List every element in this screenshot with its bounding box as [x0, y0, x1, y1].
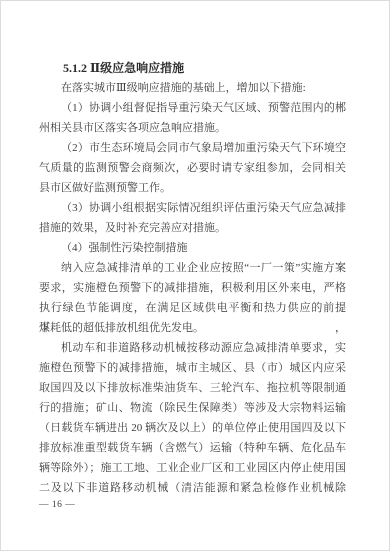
text-line: 县市区做好监测预警工作。: [39, 178, 346, 198]
text-line: 机动车和非道路移动机械按移动源应急减排清单要求，实: [39, 338, 346, 358]
text-line: （4）强制性污染控制措施: [39, 238, 346, 258]
text-line: 取国四及以下排放标准柴油货车、三轮汽车、拖拉机等限制通: [39, 378, 346, 398]
text-line: 辆等除外）；施工工地、工业企业厂区和工业园区内停止使用国: [39, 458, 346, 478]
text-line: 二及以下非道路移动机械（清洁能源和紧急检修作业机械除: [39, 478, 346, 498]
text-line: 纳入应急减排清单的工业企业应按照“一厂一策”实施方案: [39, 258, 346, 278]
text-line: （日载货车辆进出 20 辆次及以上）的单位停止使用国四及以下: [39, 418, 346, 438]
document-body: 5.1.2 Ⅱ级应急响应措施 在落实城市Ⅲ级响应措施的基础上，增加以下措施: （…: [39, 58, 346, 512]
section-heading: 5.1.2 Ⅱ级应急响应措施: [39, 58, 346, 78]
text-line: 排放标准重型载货车辆（含燃气）运输（特种车辆、危化品车: [39, 438, 346, 458]
text-line: 州相关县市区落实各项应急响应措施。: [39, 118, 346, 138]
text-line: 要求，实施橙色预警下的减排措施，积极利用区外来电，严格: [39, 278, 346, 298]
text-line: （3）协调小组根据实际情况组织评估重污染天气应急减排: [39, 198, 346, 218]
text-line: 施橙色预警下的减排措施，城市主城区、县（市）城区内应采: [39, 358, 346, 378]
text-line: 气质量的监测预警会商频次，必要时请专家组参加，会同相关: [39, 158, 346, 178]
text-line: 行的措施；矿山、物流（除民生保障类）等涉及大宗物料运输: [39, 398, 346, 418]
text-line: 执行绿色节能调度，在满足区域供电平衡和热力供应的前提下，: [39, 298, 346, 318]
text-line: 措施的效果，及时补充完善应对措施。: [39, 218, 346, 238]
text-line: （1）协调小组督促指导重污染天气区域、预警范围内的郴: [39, 98, 346, 118]
document-page: 5.1.2 Ⅱ级应急响应措施 在落实城市Ⅲ级响应措施的基础上，增加以下措施: （…: [0, 0, 390, 551]
text-line: 在落实城市Ⅲ级响应措施的基础上，增加以下措施:: [39, 78, 346, 98]
page-number: — 16 —: [39, 498, 346, 512]
text-line: （2）市生态环境局会同市气象局增加重污染天气下环境空: [39, 138, 346, 158]
